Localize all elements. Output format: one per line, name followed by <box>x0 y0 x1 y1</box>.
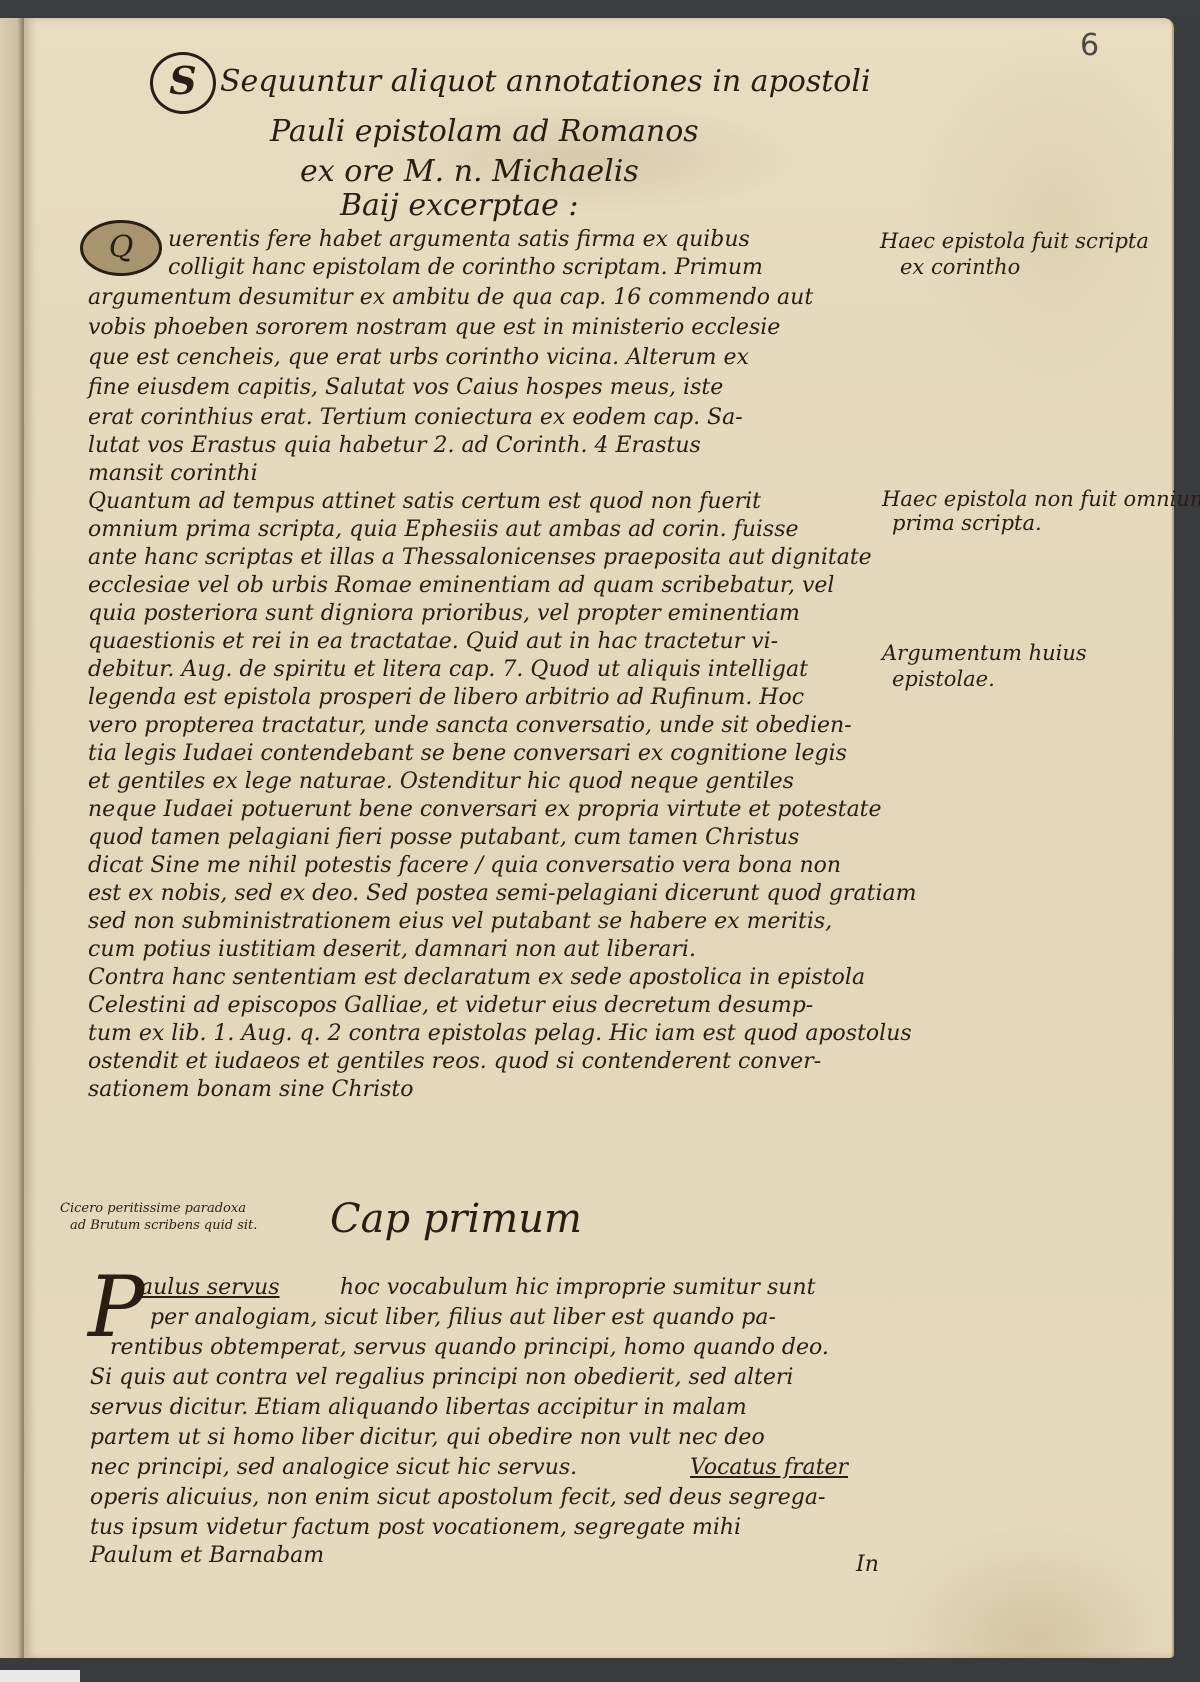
ch-line-3: rentibus obtemperat, servus quando princ… <box>110 1332 829 1364</box>
chapter-heading: Cap primum <box>330 1196 582 1242</box>
background-strip <box>0 0 1200 16</box>
ch-line-10: Paulum et Barnabam <box>90 1540 324 1572</box>
margin-note-2-line-2: prima scripta. <box>892 510 1042 536</box>
s1-line-4: vobis phoeben sororem nostram que est in… <box>88 312 780 344</box>
s1-line-3: argumentum desumitur ex ambitu de qua ca… <box>88 282 813 314</box>
s1-line-2: colligit hanc epistolam de corintho scri… <box>168 252 763 284</box>
vocatus-phrase: Vocatus frater <box>690 1452 848 1484</box>
s2-line-22: sationem bonam sine Christo <box>88 1074 413 1106</box>
ch-line-7: nec principi, sed analogice sicut hic se… <box>90 1452 577 1484</box>
corner-tab <box>0 1670 80 1682</box>
ch-line-5: servus dicitur. Etiam aliquando libertas… <box>90 1392 747 1424</box>
title-line-4: Baij excerptae : <box>340 186 578 226</box>
title-line-2: Pauli epistolam ad Romanos <box>270 112 699 152</box>
catchword: In <box>856 1552 879 1577</box>
title-initial: S <box>150 52 216 114</box>
ch-line-1: hoc vocabulum hic improprie sumitur sunt <box>340 1272 815 1304</box>
margin-note-1-line-1: Haec epistola fuit scripta <box>880 228 1149 254</box>
ch-line-8: operis alicuius, non enim sicut apostolu… <box>90 1482 825 1514</box>
s1-line-6: fine eiusdem capitis, Salutat vos Caius … <box>88 372 723 404</box>
title-line-1: Sequuntur aliquot annotationes in aposto… <box>220 62 871 102</box>
margin-note-3-line-1: Argumentum huius <box>882 640 1087 666</box>
s1-line-5: que est cencheis, que erat urbs corintho… <box>88 342 749 374</box>
folio-number: 6 <box>1080 28 1099 63</box>
margin-note-3-line-2: epistolae. <box>892 666 995 692</box>
previous-page-edge <box>0 18 24 1658</box>
ch-line-6: partem ut si homo liber dicitur, qui obe… <box>90 1422 765 1454</box>
chapter-side-note-line-2: ad Brutum scribens quid sit. <box>70 1217 257 1234</box>
chapter-side-note-line-1: Cicero peritissime paradoxa <box>60 1200 246 1217</box>
ch-line-2: per analogiam, sicut liber, filius aut l… <box>150 1302 776 1334</box>
margin-note-2-line-1: Haec epistola non fuit omnium <box>882 486 1200 512</box>
margin-note-1-line-2: ex corintho <box>900 254 1020 280</box>
ch-line-4: Si quis aut contra vel regalius principi… <box>90 1362 793 1394</box>
section1-initial: Q <box>80 220 162 276</box>
chapter-first-words: aulus servus <box>140 1272 280 1304</box>
